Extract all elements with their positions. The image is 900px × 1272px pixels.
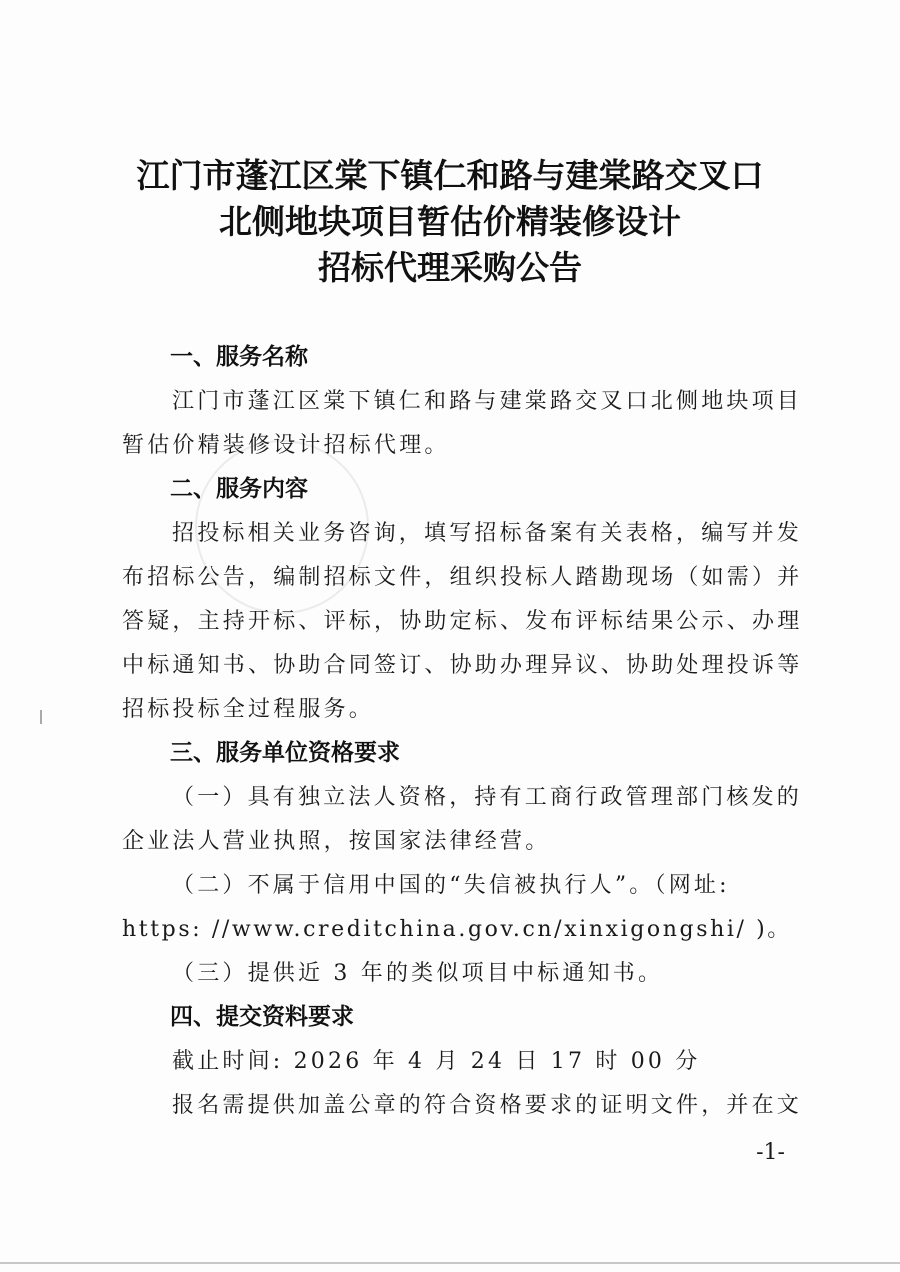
section-heading-qualification: 三、服务单位资格要求	[170, 734, 400, 767]
document-page: 江门市蓬江区棠下镇仁和路与建棠路交叉口 北侧地块项目暂估价精装修设计 招标代理采…	[0, 0, 900, 1272]
section-heading-service-content: 二、服务内容	[170, 470, 308, 503]
paragraph-line: （一）具有独立法人资格，持有工商行政管理部门核发的	[172, 780, 802, 811]
title-line-1: 江门市蓬江区棠下镇仁和路与建棠路交叉口	[0, 150, 900, 197]
scan-edge	[0, 1262, 900, 1264]
page-number: -1-	[756, 1140, 785, 1165]
paragraph-line: 江门市蓬江区棠下镇仁和路与建棠路交叉口北侧地块项目	[172, 384, 802, 415]
paragraph-line: 招投标相关业务咨询，填写招标备案有关表格，编写并发	[172, 516, 802, 547]
paragraph-line: 布招标公告，编制招标文件，组织投标人踏勘现场（如需）并	[122, 560, 802, 591]
paragraph-line: 中标通知书、协助合同签订、协助办理异议、协助处理投诉等	[122, 648, 802, 679]
deadline-line: 截止时间: 2026 年 4 月 24 日 17 时 00 分	[172, 1044, 701, 1075]
paragraph-line: 报名需提供加盖公章的符合资格要求的证明文件，并在文	[172, 1088, 802, 1119]
url-line: https: //www.creditchina.gov.cn/xinxigon…	[122, 912, 792, 943]
scan-artifact	[40, 710, 42, 724]
paragraph-line: 答疑，主持开标、评标，协助定标、发布评标结果公示、办理	[122, 604, 802, 635]
section-heading-service-name: 一、服务名称	[170, 338, 308, 371]
title-line-3: 招标代理采购公告	[0, 242, 900, 289]
title-line-2: 北侧地块项目暂估价精装修设计	[0, 196, 900, 243]
paragraph-line: 企业法人营业执照，按国家法律经营。	[122, 824, 550, 855]
paragraph-line: 招标投标全过程服务。	[122, 692, 374, 723]
paragraph-line: （三）提供近 3 年的类似项目中标通知书。	[172, 956, 663, 987]
paragraph-line: （二）不属于信用中国的“失信被执行人”。（网址:	[172, 868, 730, 899]
paragraph-line: 暂估价精装修设计招标代理。	[122, 428, 450, 459]
section-heading-submission: 四、提交资料要求	[170, 998, 354, 1031]
